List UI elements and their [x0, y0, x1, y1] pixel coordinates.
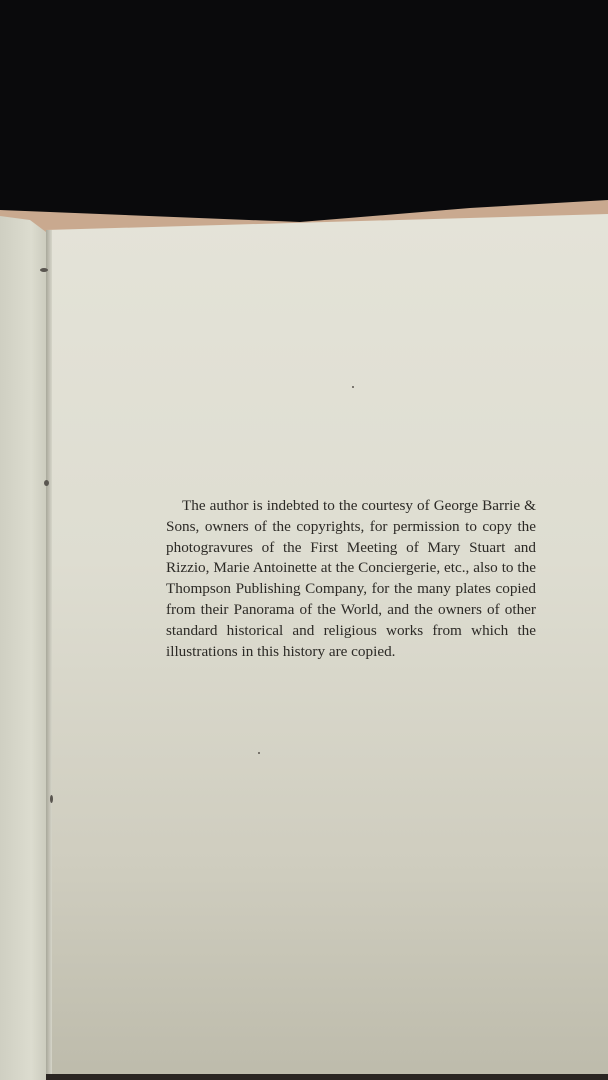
- book-gutter: [46, 230, 52, 1080]
- book-bottom-edge: [46, 1074, 608, 1080]
- left-page-edge: [0, 216, 52, 1080]
- binding-mark: [44, 480, 49, 486]
- acknowledgment-paragraph: The author is indebted to the courtesy o…: [166, 496, 536, 662]
- binding-mark: [50, 795, 53, 803]
- paper-speck: [258, 752, 260, 754]
- binding-mark: [40, 268, 48, 272]
- acknowledgment-text: The author is indebted to the courtesy o…: [166, 496, 536, 662]
- paper-speck: [352, 386, 354, 388]
